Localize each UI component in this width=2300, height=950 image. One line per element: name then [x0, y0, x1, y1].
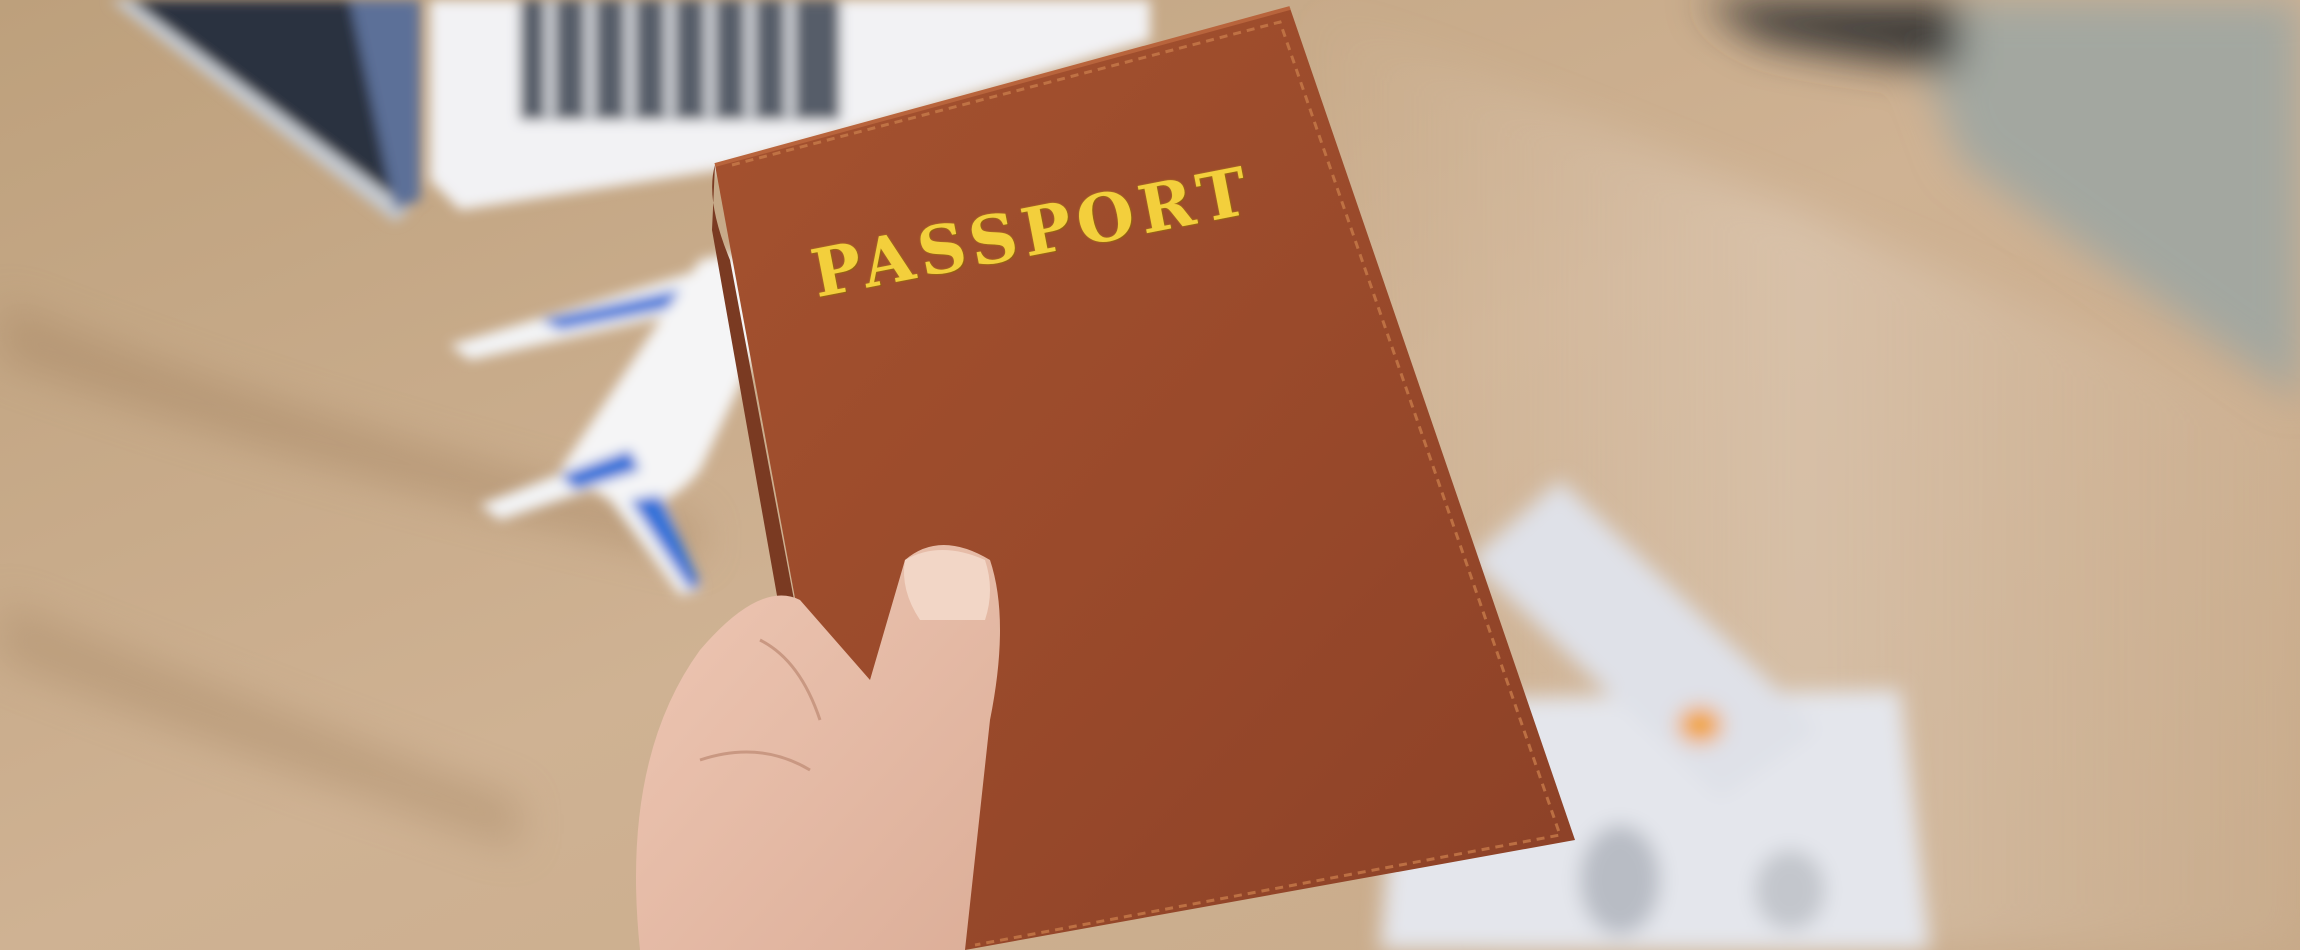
- photo-background: [0, 0, 2300, 950]
- photo-scene: PASSPORT: [0, 0, 2300, 950]
